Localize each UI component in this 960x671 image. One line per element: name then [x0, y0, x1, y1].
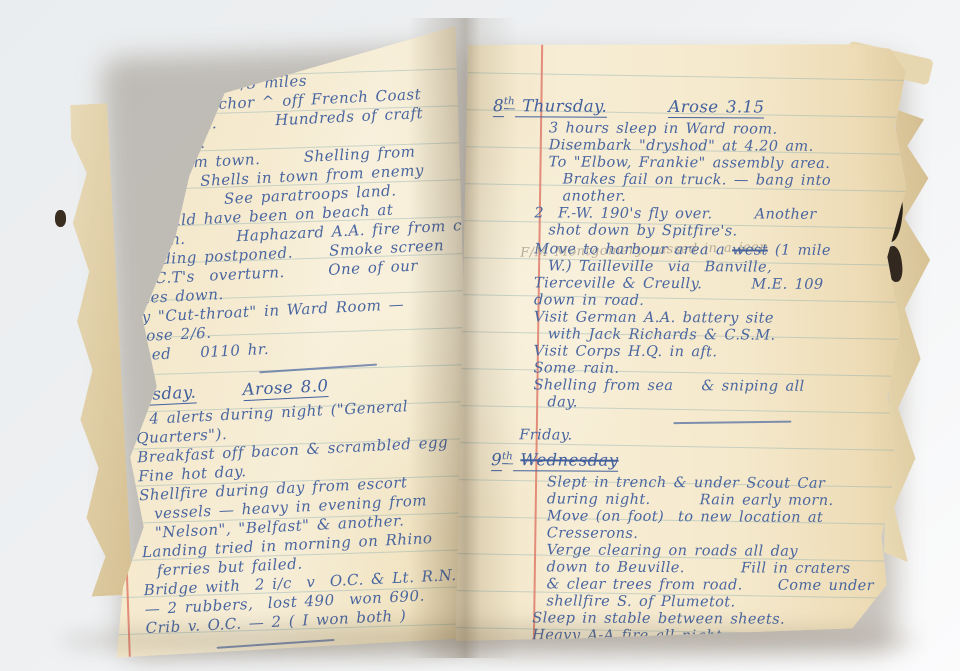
book-bottom-shadow	[60, 624, 920, 658]
left-page-shadow	[102, 46, 471, 658]
diary-photo: "H" hour 7.25 am.2/3 milesArrive & ancho…	[0, 0, 960, 671]
handwriting-text: th	[75, 388, 86, 402]
handwriting-text: 7	[64, 388, 76, 410]
right-page-shadow	[466, 53, 904, 651]
edge-damage-mark	[55, 210, 66, 227]
